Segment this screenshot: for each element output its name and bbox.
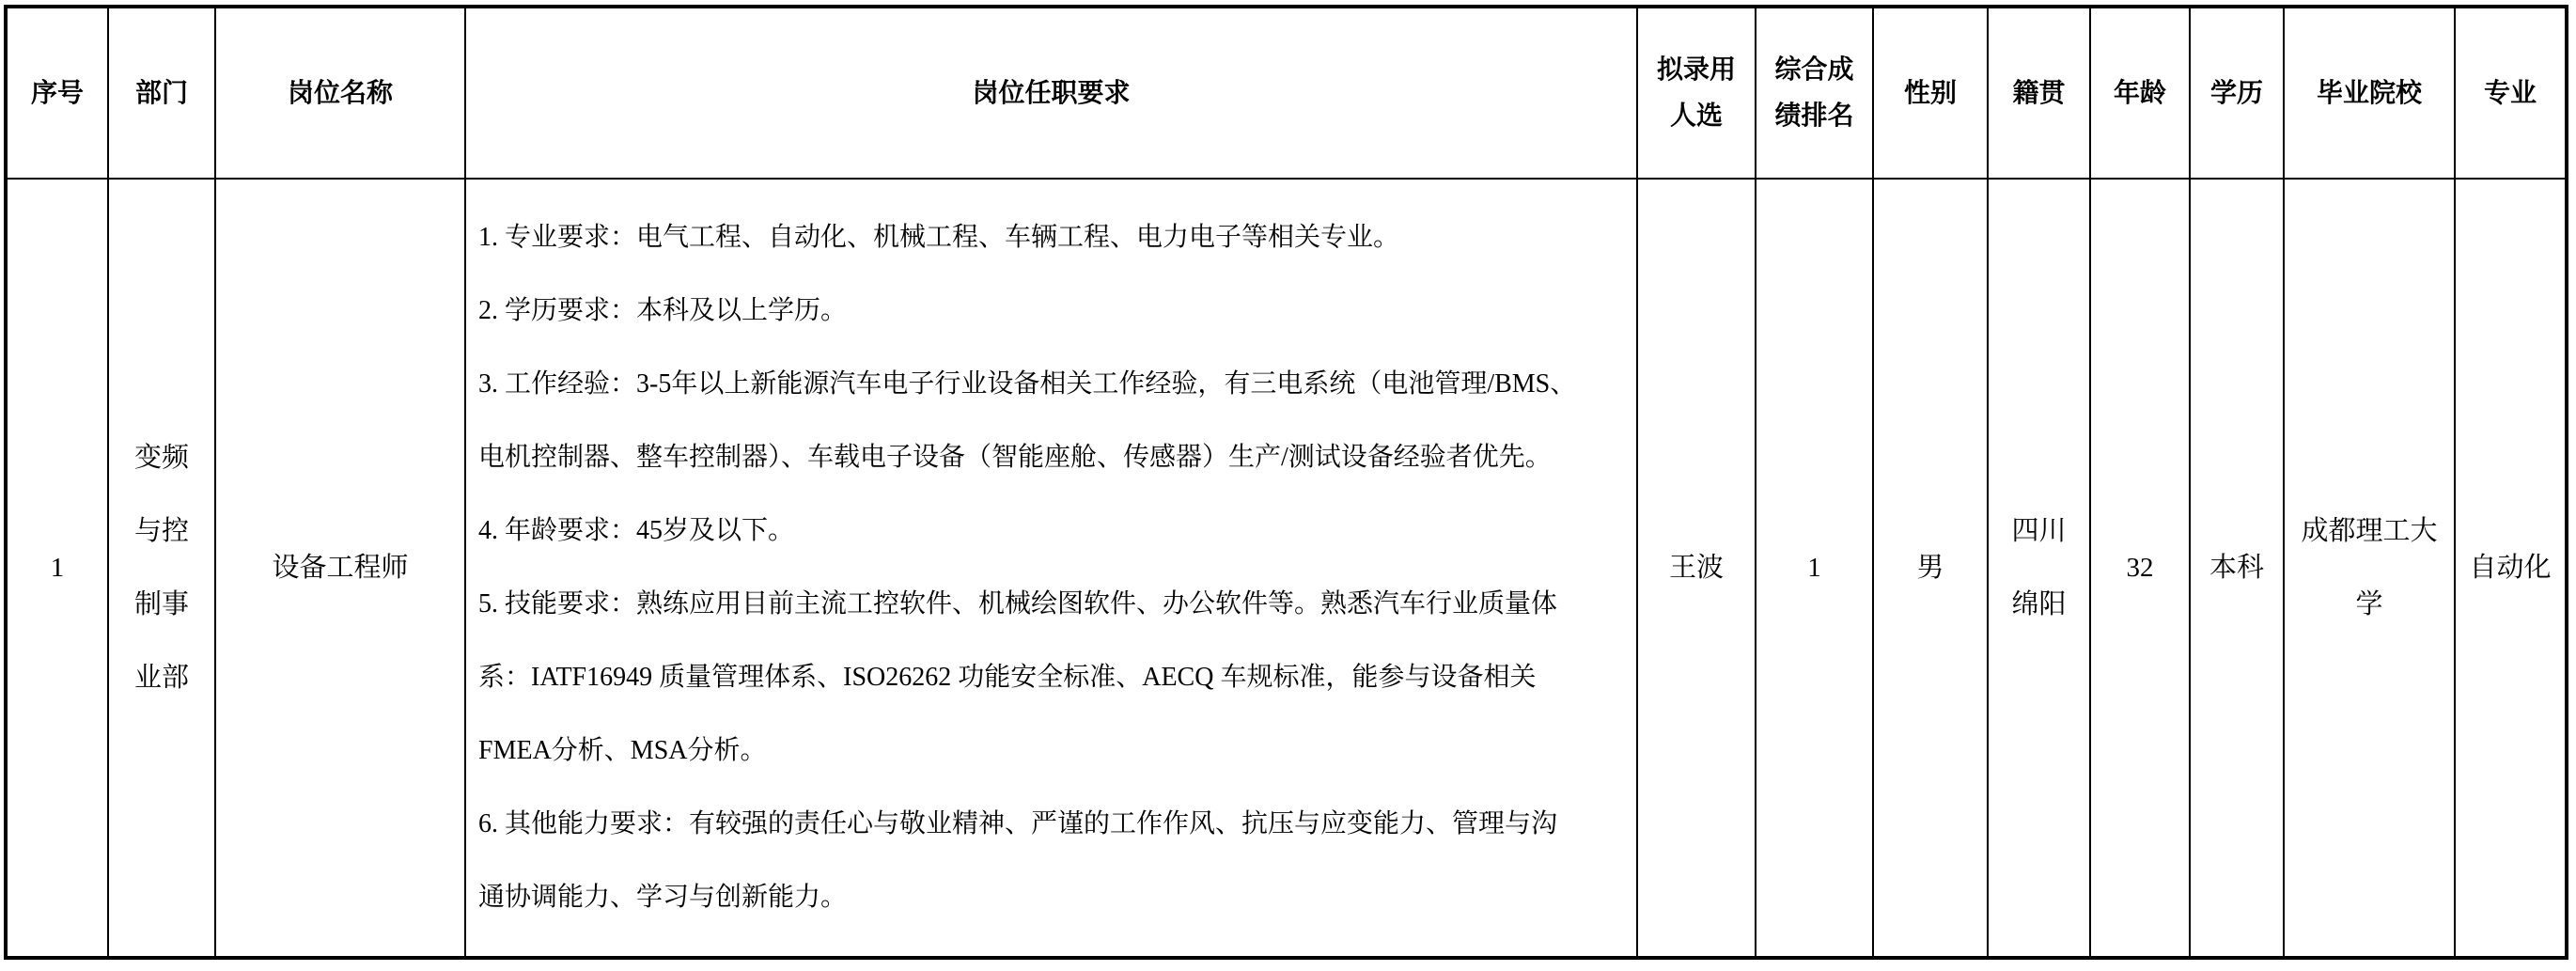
table-row: 1 变频 与控 制事 业部 设备工程师 1. 专业要求：电气工程、自动化、机械工…	[6, 179, 2567, 958]
col-header-rank: 综合成 绩排名	[1756, 7, 1873, 179]
document-page: 序号 部门 岗位名称 岗位任职要求 拟录用 人选 综合成 绩排名 性别 籍贯 年…	[0, 0, 2576, 971]
cell-requirements: 1. 专业要求：电气工程、自动化、机械工程、车辆工程、电力电子等相关专业。 2.…	[465, 179, 1637, 958]
col-header-candidate: 拟录用 人选	[1637, 7, 1756, 179]
cell-candidate: 王波	[1637, 179, 1756, 958]
header-row: 序号 部门 岗位名称 岗位任职要求 拟录用 人选 综合成 绩排名 性别 籍贯 年…	[6, 7, 2567, 179]
col-header-index: 序号	[6, 7, 108, 179]
requirements-text: 1. 专业要求：电气工程、自动化、机械工程、车辆工程、电力电子等相关专业。 2.…	[478, 201, 1632, 934]
requirements-line: 4. 年龄要求：45岁及以下。	[478, 494, 1632, 568]
requirements-line: 2. 学历要求：本科及以上学历。	[478, 274, 1632, 348]
cell-position: 设备工程师	[215, 179, 465, 958]
col-header-requirements: 岗位任职要求	[465, 7, 1637, 179]
cell-age: 32	[2090, 179, 2190, 958]
requirements-line: 1. 专业要求：电气工程、自动化、机械工程、车辆工程、电力电子等相关专业。	[478, 201, 1632, 274]
col-header-position: 岗位名称	[215, 7, 465, 179]
cell-department: 变频 与控 制事 业部	[108, 179, 215, 958]
requirements-line: FMEA分析、MSA分析。	[478, 714, 1632, 788]
cell-school: 成都理工大 学	[2284, 179, 2455, 958]
requirements-line: 3. 工作经验：3-5年以上新能源汽车电子行业设备相关工作经验，有三电系统（电池…	[478, 348, 1632, 421]
recruitment-table: 序号 部门 岗位名称 岗位任职要求 拟录用 人选 综合成 绩排名 性别 籍贯 年…	[4, 5, 2568, 960]
cell-rank: 1	[1756, 179, 1873, 958]
col-header-hometown: 籍贯	[1988, 7, 2090, 179]
cell-education: 本科	[2190, 179, 2284, 958]
requirements-line: 电机控制器、整车控制器）、车载电子设备（智能座舱、传感器）生产/测试设备经验者优…	[478, 421, 1632, 494]
requirements-line: 5. 技能要求：熟练应用目前主流工控软件、机械绘图软件、办公软件等。熟悉汽车行业…	[478, 568, 1632, 641]
col-header-gender: 性别	[1873, 7, 1988, 179]
requirements-line: 系：IATF16949 质量管理体系、ISO26262 功能安全标准、AECQ …	[478, 641, 1632, 714]
cell-hometown: 四川 绵阳	[1988, 179, 2090, 958]
requirements-line: 6. 其他能力要求：有较强的责任心与敬业精神、严谨的工作作风、抗压与应变能力、管…	[478, 788, 1632, 861]
col-header-major: 专业	[2455, 7, 2567, 179]
cell-gender: 男	[1873, 179, 1988, 958]
col-header-school: 毕业院校	[2284, 7, 2455, 179]
col-header-department: 部门	[108, 7, 215, 179]
requirements-line: 通协调能力、学习与创新能力。	[478, 861, 1632, 934]
cell-major: 自动化	[2455, 179, 2567, 958]
col-header-age: 年龄	[2090, 7, 2190, 179]
col-header-education: 学历	[2190, 7, 2284, 179]
cell-index: 1	[6, 179, 108, 958]
